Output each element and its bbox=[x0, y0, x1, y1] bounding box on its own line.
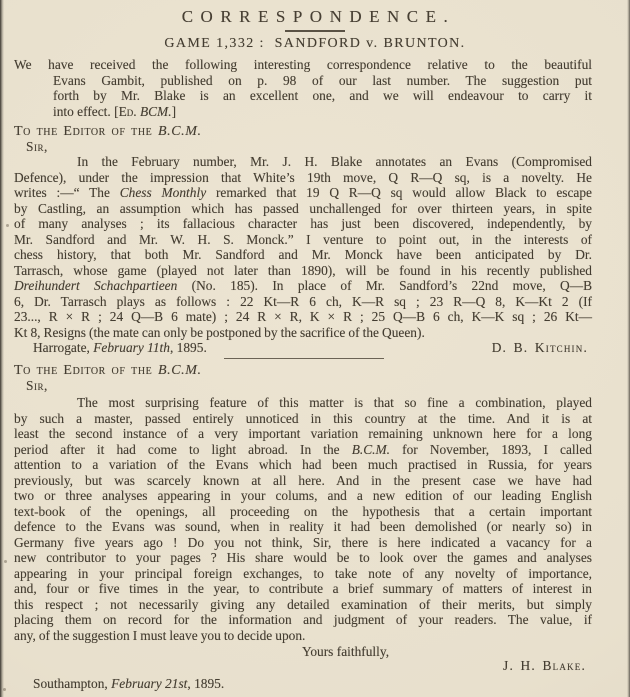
text-segment: Chess Monthly bbox=[120, 185, 206, 200]
text-segment: To the Editor of the bbox=[14, 124, 158, 139]
text-segment: two or three analyses appearing in your … bbox=[14, 488, 592, 503]
text-segment: by Castling, an assumption which has pas… bbox=[14, 201, 592, 216]
text-line: text-book of the openings, all proceedin… bbox=[14, 504, 592, 520]
text-segment: Tarrasch, whose game (played not later t… bbox=[14, 263, 592, 278]
text-segment: appearing in your principal foreign exch… bbox=[14, 566, 592, 581]
text-segment: this respect ; not necessarily giving an… bbox=[14, 597, 592, 612]
text-segment: , 1895. bbox=[187, 676, 224, 691]
text-segment: new contributor to your pages ? His shar… bbox=[14, 550, 592, 565]
text-segment: previously, but was scarcely known at al… bbox=[14, 473, 592, 488]
text-segment: Harrogate, bbox=[33, 340, 93, 355]
text-line: Dreihundert Schachpartieen (No. 185). In… bbox=[14, 278, 592, 294]
text-column: We have received the following interesti… bbox=[14, 57, 616, 691]
letter-body: The most surprising feature of this matt… bbox=[14, 395, 592, 643]
text-segment: ] bbox=[172, 104, 176, 119]
text-segment: In the February number, Mr. J. H. Blake … bbox=[77, 154, 592, 169]
text-segment: Germany five years ago ! Do you not thin… bbox=[14, 535, 592, 550]
scan-speck bbox=[4, 560, 7, 563]
closing: Yours faithfully, bbox=[14, 645, 592, 659]
text-line: writes :—“ The Chess Monthly remarked th… bbox=[14, 185, 592, 201]
text-segment: Southampton, bbox=[33, 676, 111, 691]
text-line: chess history, that both Mr. Sandford an… bbox=[14, 247, 592, 263]
text-segment: attention to a variation of the Evans wh… bbox=[14, 457, 592, 472]
text-line: 23..., R × R ; 24 Q—B 6 mate) ; 24 R × R… bbox=[14, 309, 592, 325]
text-segment: BCM. bbox=[140, 104, 172, 119]
text-segment: into effect. [ bbox=[53, 104, 119, 119]
text-segment: remarked that 19 Q R—Q sq would allow Bl… bbox=[206, 185, 592, 200]
text-line: least the second instance of a very impo… bbox=[14, 426, 592, 442]
text-line: attention to a variation of the Evans wh… bbox=[14, 457, 592, 473]
text-segment: of many analyses ; its fallacious charac… bbox=[14, 216, 592, 231]
text-segment: forth by Mr. Blake is an excellent one, … bbox=[53, 88, 592, 103]
text-line: into effect. [Ed. BCM.] bbox=[14, 104, 592, 120]
text-segment: 23..., R × R ; 24 Q—B 6 mate) ; 24 R × R… bbox=[14, 309, 592, 324]
magazine-page: CORRESPONDENCE. GAME 1,332 : SANDFORD v.… bbox=[0, 0, 630, 697]
text-line: Defence), under the impression that Whit… bbox=[14, 170, 592, 186]
greeting: Sir, bbox=[14, 139, 592, 154]
title-rule bbox=[285, 30, 345, 32]
text-segment: Kt 8, Resigns (the mate can only be post… bbox=[14, 325, 425, 340]
signature: J. H. Blake. bbox=[14, 659, 586, 673]
signature-row: Harrogate, February 11th, 1895. D. B. Ki… bbox=[14, 340, 592, 356]
letter-blake: To the Editor of the B.C.M. Sir, The mos… bbox=[14, 363, 592, 691]
text-segment: any, of the suggestion I must leave you … bbox=[14, 628, 305, 643]
text-line: by such a master, passed entirely unnoti… bbox=[14, 411, 592, 427]
text-segment: We have received the following interesti… bbox=[14, 57, 592, 72]
text-segment: Mr. Sandford and Mr. W. H. S. Monck.” I … bbox=[14, 232, 592, 247]
text-line: 6, Dr. Tarrasch plays as follows : 22 Kt… bbox=[14, 294, 592, 310]
text-segment: B.C.M. bbox=[158, 124, 202, 139]
text-line: Tarrasch, whose game (played not later t… bbox=[14, 263, 592, 279]
text-segment: period after it had come to light abroad… bbox=[14, 442, 352, 457]
scan-edge-left bbox=[0, 0, 4, 697]
text-segment: Defence), under the impression that Whit… bbox=[14, 170, 592, 185]
text-segment: and, four or five times in the year, to … bbox=[14, 581, 592, 596]
scan-speck bbox=[3, 688, 6, 691]
text-line: placing them on record for the informati… bbox=[14, 612, 592, 628]
text-segment: writes :—“ The bbox=[14, 185, 120, 200]
greeting: Sir, bbox=[14, 378, 592, 393]
text-line: forth by Mr. Blake is an excellent one, … bbox=[14, 88, 592, 104]
text-line: and, four or five times in the year, to … bbox=[14, 581, 592, 597]
text-segment: Evans Gambit, published on p. 98 of our … bbox=[53, 73, 592, 88]
text-line: of many analyses ; its fallacious charac… bbox=[14, 216, 592, 232]
letter-body: In the February number, Mr. J. H. Blake … bbox=[14, 154, 592, 340]
text-line: previously, but was scarcely known at al… bbox=[14, 473, 592, 489]
text-segment: 6, Dr. Tarrasch plays as follows : 22 Kt… bbox=[14, 294, 592, 309]
text-segment: for November, 1893, I called bbox=[390, 442, 592, 457]
text-segment: To the Editor of the bbox=[14, 363, 158, 378]
text-line: defence to the Evans was sound, when in … bbox=[14, 519, 592, 535]
text-line: In the February number, Mr. J. H. Blake … bbox=[14, 154, 592, 170]
text-line: Mr. Sandford and Mr. W. H. S. Monck.” I … bbox=[14, 232, 592, 248]
dateline: Harrogate, February 11th, 1895. bbox=[14, 340, 207, 356]
text-line: appearing in your principal foreign exch… bbox=[14, 566, 592, 582]
dateline: Southampton, February 21st, 1895. bbox=[14, 676, 592, 691]
text-line: The most surprising feature of this matt… bbox=[14, 395, 592, 411]
text-line: period after it had come to light abroad… bbox=[14, 442, 592, 458]
text-line: by Castling, an assumption which has pas… bbox=[14, 201, 592, 217]
text-line: new contributor to your pages ? His shar… bbox=[14, 550, 592, 566]
game-heading: GAME 1,332 : SANDFORD v. BRUNTON. bbox=[14, 35, 616, 52]
text-segment: by such a master, passed entirely unnoti… bbox=[14, 411, 592, 426]
text-segment: The most surprising feature of this matt… bbox=[77, 395, 592, 410]
text-line: two or three analyses appearing in your … bbox=[14, 488, 592, 504]
page-header: CORRESPONDENCE. GAME 1,332 : SANDFORD v.… bbox=[14, 6, 616, 52]
text-segment: least the second instance of a very impo… bbox=[14, 426, 592, 441]
text-segment: Dreihundert Schachpartieen bbox=[14, 278, 177, 293]
text-line: any, of the suggestion I must leave you … bbox=[14, 628, 592, 644]
text-segment: B.C.M. bbox=[158, 363, 202, 378]
salutation: To the Editor of the B.C.M. bbox=[14, 363, 592, 378]
text-segment: B.C.M. bbox=[352, 442, 390, 457]
text-segment: placing them on record for the informati… bbox=[14, 612, 592, 627]
text-segment: defence to the Evans was sound, when in … bbox=[14, 519, 592, 534]
text-line: Germany five years ago ! Do you not thin… bbox=[14, 535, 592, 551]
text-line: Kt 8, Resigns (the mate can only be post… bbox=[14, 325, 592, 341]
salutation: To the Editor of the B.C.M. bbox=[14, 124, 592, 139]
letters-divider bbox=[224, 358, 384, 360]
text-segment: February 11th bbox=[93, 340, 170, 355]
text-line: this respect ; not necessarily giving an… bbox=[14, 597, 592, 613]
text-line: We have received the following interesti… bbox=[14, 57, 592, 73]
text-segment: Ed. bbox=[119, 104, 140, 119]
editorial-note: We have received the following interesti… bbox=[14, 57, 592, 119]
text-segment: February 21st bbox=[111, 676, 187, 691]
text-segment: , 1895. bbox=[170, 340, 207, 355]
scan-speck bbox=[6, 224, 9, 227]
section-title: CORRESPONDENCE. bbox=[14, 6, 616, 27]
text-segment: chess history, that both Mr. Sandford an… bbox=[14, 247, 592, 262]
text-segment: text-book of the openings, all proceedin… bbox=[14, 504, 592, 519]
text-line: Evans Gambit, published on p. 98 of our … bbox=[14, 73, 592, 89]
letter-kitchin: To the Editor of the B.C.M. Sir, In the … bbox=[14, 124, 592, 356]
signature: D. B. Kitchin. bbox=[492, 340, 588, 356]
text-segment: (No. 185). In place of Mr. Sandford’s 22… bbox=[177, 278, 592, 293]
